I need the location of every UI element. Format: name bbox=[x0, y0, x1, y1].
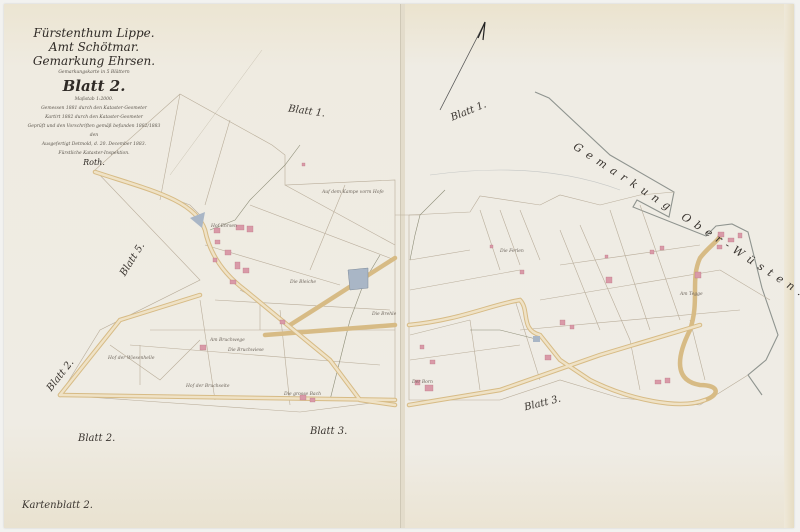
parcel-lines bbox=[60, 94, 770, 412]
grid-line bbox=[170, 50, 262, 175]
mapping-note: Kartirt 1882 durch den Kataster-Geometer bbox=[24, 113, 164, 122]
field-name: Am Bruchwege bbox=[210, 338, 245, 343]
municipal-boundary bbox=[535, 92, 778, 395]
scale: Maßstab 1:2000. bbox=[24, 95, 164, 104]
field-name: Am Tegge bbox=[680, 292, 703, 297]
signature: Roth. bbox=[24, 158, 164, 167]
field-name: Die Bruchwiese bbox=[228, 348, 264, 353]
north-arrow-icon bbox=[440, 22, 485, 110]
field-name: Hof der Bruchseite bbox=[186, 384, 230, 389]
issue-note: Ausgefertigt Detmold, d. 20. December 18… bbox=[24, 140, 164, 149]
title-municipality: Gemarkung Ehrsen. bbox=[24, 54, 164, 68]
field-name: Der Born bbox=[412, 380, 433, 385]
field-path bbox=[430, 170, 620, 190]
title-district: Amt Schötmar. bbox=[24, 40, 164, 54]
field-name: Die Ferlen bbox=[500, 249, 524, 254]
office-note: Fürstliche Kataster-Inspektion. bbox=[24, 149, 164, 158]
field-name: Die Bleiche bbox=[290, 280, 316, 285]
pond bbox=[348, 268, 368, 290]
field-name: Auf dem Kampe vorm Hofe bbox=[322, 190, 384, 195]
title-block: Fürstenthum Lippe. Amt Schötmar. Gemarku… bbox=[24, 26, 164, 167]
label-blatt-2: Blatt 2. bbox=[78, 433, 115, 444]
roads bbox=[60, 172, 720, 405]
sheet-number: Blatt 2. bbox=[24, 77, 164, 95]
title-principality: Fürstenthum Lippe. bbox=[24, 26, 164, 40]
field-name: Hof der Wiesenhelle bbox=[108, 356, 154, 361]
sheet-footer: Kartenblatt 2. bbox=[22, 500, 93, 511]
subtitle: Gemarkungskarte in 5 Blättern bbox=[24, 68, 164, 77]
survey-note: Gemessen 1881 durch den Kataster-Geomete… bbox=[24, 104, 164, 113]
pond bbox=[533, 336, 540, 342]
review-note: Geprüft und den Vorschriften gemäß befun… bbox=[24, 122, 164, 140]
field-name: Die grosse Bach bbox=[284, 392, 321, 397]
label-blatt-3-left: Blatt 3. bbox=[310, 426, 347, 437]
field-name: Hof Ehrsen bbox=[211, 224, 237, 229]
field-name: Die Brehle bbox=[372, 312, 396, 317]
